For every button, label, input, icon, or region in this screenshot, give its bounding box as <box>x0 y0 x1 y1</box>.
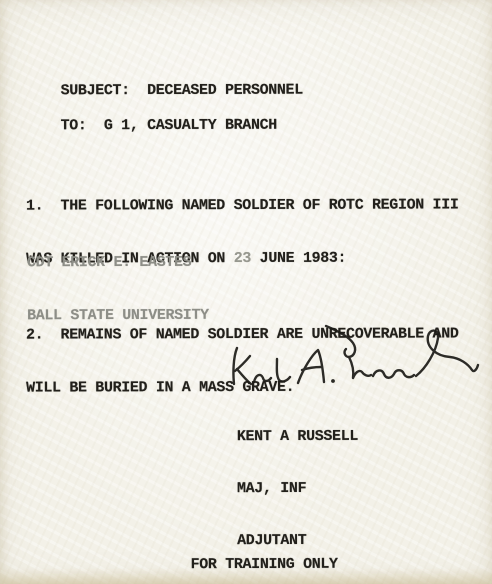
to-text: TO: G 1, CASUALTY BRANCH <box>61 117 277 135</box>
signer-typed-name: KENT A RUSSELL <box>237 428 358 446</box>
signer-rank-branch: MAJ, INF <box>237 480 358 498</box>
kia-sentence-suffix: JUNE 1983: <box>251 250 346 267</box>
signature-ink-icon <box>213 323 481 391</box>
subject-text: SUBJECT: DECEASED PERSONNEL <box>61 82 303 100</box>
paragraph-1-line-1: 1. THE FOLLOWING NAMED SOLDIER OF ROTC R… <box>26 195 459 215</box>
scanned-memo-page: SUBJECT: DECEASED PERSONNEL TO: G 1, CAS… <box>0 0 492 584</box>
footer-training-notice: FOR TRAINING ONLY <box>156 538 338 584</box>
kia-date-day: 23 <box>234 250 251 267</box>
footer-text: FOR TRAINING ONLY <box>191 556 338 573</box>
casualty-name: CDT ERICK E. EASTES <box>27 253 209 272</box>
to-line: TO: G 1, CASUALTY BRANCH <box>26 99 277 153</box>
handwritten-signature <box>213 323 481 391</box>
